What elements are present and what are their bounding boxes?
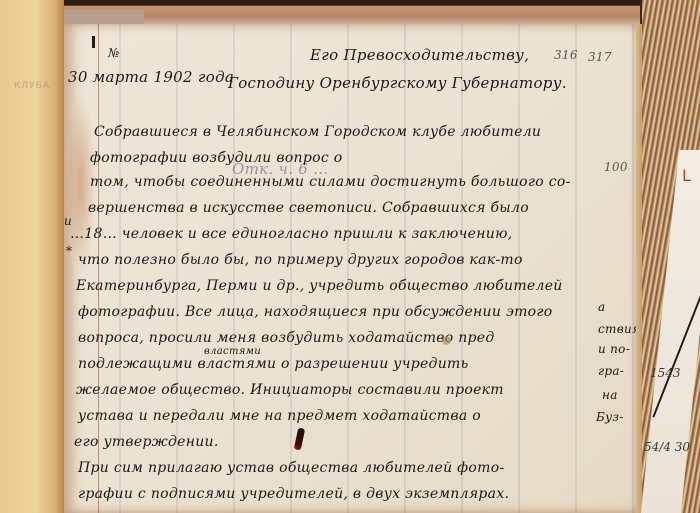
faint-book-text: КЛУБА xyxy=(14,80,58,92)
page-number-316: 316 xyxy=(554,48,578,62)
left-book-page: КЛУБА xyxy=(0,0,65,513)
salutation-line-2: Господину Оренбургскому Губернатору. xyxy=(228,74,567,92)
salutation-line-1: Его Превосходительству, xyxy=(310,46,529,64)
body-line-14: При сим прилагаю устав общества любителе… xyxy=(78,460,504,476)
body-line-11: желаемое общество. Инициаторы составили … xyxy=(76,382,504,398)
body-line-15: графии с подписями учредителей, в двух э… xyxy=(78,486,509,502)
margin-number: 100 xyxy=(604,160,628,174)
body-line-10: подлежащими властями о разрешении учреди… xyxy=(78,356,469,372)
body-line-13: его утверждении. xyxy=(74,434,219,450)
number-mark: № xyxy=(108,46,120,60)
left-margin-mark-1: и xyxy=(64,214,72,228)
body-line-2: фотографии возбудили вопрос о xyxy=(90,150,342,166)
body-line-4: вершенства в искусстве светописи. Собрав… xyxy=(88,200,529,216)
letter-date: 30 марта 1902 года xyxy=(68,68,234,86)
adjacent-page-note-2: 54/4 30 xyxy=(644,440,690,454)
body-line-8: фотографии. Все лица, находящиеся при об… xyxy=(78,304,553,320)
body-line-3: том, чтобы соединенными силами достигнут… xyxy=(90,174,571,190)
ledger-tick-mark xyxy=(92,36,95,48)
ledger-page: № 30 марта 1902 года Его Превосходительс… xyxy=(64,24,638,513)
body-line-7: Екатеринбурга, Перми и др., учредить общ… xyxy=(76,278,563,294)
right-margin-note-4: гра- xyxy=(598,364,624,378)
body-line-1: Собравшиеся в Челябинском Городском клуб… xyxy=(94,124,541,140)
body-line-12: устава и передали мне на предмет ходатай… xyxy=(78,408,481,424)
body-line-9: вопроса, просили меня возбудить ходатайс… xyxy=(78,330,495,346)
right-margin-note-3: и по- xyxy=(598,342,630,356)
left-margin-mark-2: * xyxy=(66,244,72,258)
ink-blot xyxy=(294,428,305,451)
right-margin-note-1: а xyxy=(598,300,605,314)
adjacent-page-note-1: 1543 xyxy=(650,366,681,380)
right-margin-note-6: Буз- xyxy=(596,410,624,424)
right-margin-note-5: на xyxy=(602,388,618,402)
body-line-5: …18… человек и все единогласно пришли к … xyxy=(70,226,512,242)
right-margin-note-2: ствия xyxy=(598,322,640,336)
pin-hole xyxy=(442,336,451,345)
page-number-317: 317 xyxy=(588,50,612,64)
red-pencil-mark: L xyxy=(682,166,691,185)
body-line-6: что полезно было бы, по примеру других г… xyxy=(78,252,523,268)
